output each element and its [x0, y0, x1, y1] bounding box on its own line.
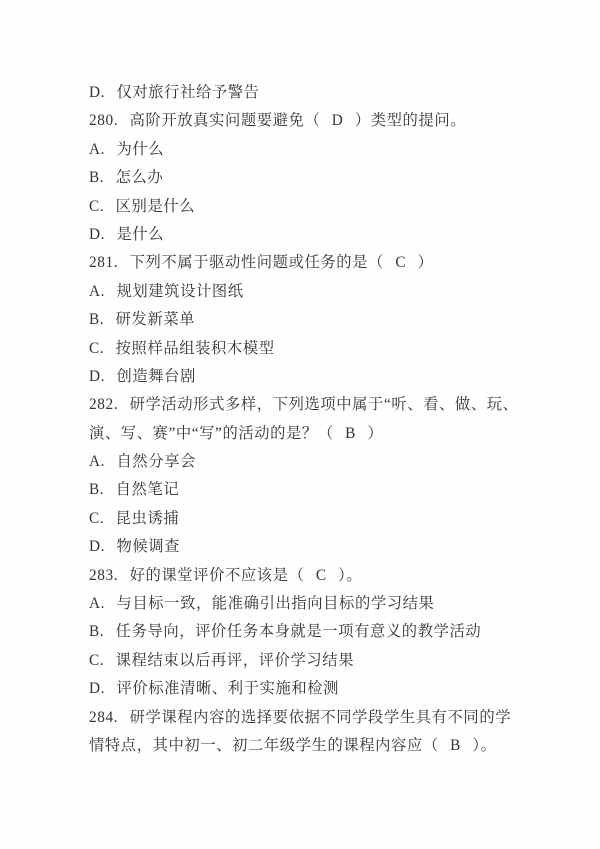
question-280-option-c: C. 区别是什么	[89, 193, 519, 221]
question-281-option-d: D. 创造舞台剧	[89, 363, 519, 391]
question-280-stem: 280. 高阶开放真实问题要避免（ D ）类型的提问。	[89, 107, 519, 135]
question-281-option-b: B. 研发新菜单	[89, 306, 519, 334]
question-284-stem-line-2: 情特点，其中初一、初二年级学生的课程内容应（ B ）。	[89, 732, 519, 760]
question-280-option-a: A. 为什么	[89, 136, 519, 164]
quiz-text-block: D. 仅对旅行社给予警告 280. 高阶开放真实问题要避免（ D ）类型的提问。…	[89, 79, 519, 760]
question-282-stem-line-1: 282. 研学活动形式多样，下列选项中属于“听、看、做、玩、	[89, 391, 519, 419]
question-283-option-d: D. 评价标准清晰、利于实施和检测	[89, 675, 519, 703]
question-282-option-c: C. 昆虫诱捕	[89, 505, 519, 533]
question-283-option-b: B. 任务导向，评价任务本身就是一项有意义的教学活动	[89, 618, 519, 646]
question-282-option-a: A. 自然分享会	[89, 448, 519, 476]
option-279-d: D. 仅对旅行社给予警告	[89, 79, 519, 107]
question-283-option-c: C. 课程结束以后再评，评价学习结果	[89, 647, 519, 675]
document-page: D. 仅对旅行社给予警告 280. 高阶开放真实问题要避免（ D ）类型的提问。…	[0, 0, 600, 849]
question-282-option-d: D. 物候调查	[89, 533, 519, 561]
question-282-stem-line-2: 演、写、赛”中“写”的活动的是？（ B ）	[89, 420, 519, 448]
question-283-stem: 283. 好的课堂评价不应该是（ C ）。	[89, 562, 519, 590]
question-281-option-a: A. 规划建筑设计图纸	[89, 278, 519, 306]
question-281-stem: 281. 下列不属于驱动性问题或任务的是（ C ）	[89, 249, 519, 277]
question-283-option-a: A. 与目标一致，能准确引出指向目标的学习结果	[89, 590, 519, 618]
question-280-option-b: B. 怎么办	[89, 164, 519, 192]
question-280-option-d: D. 是什么	[89, 221, 519, 249]
question-282-option-b: B. 自然笔记	[89, 476, 519, 504]
question-281-option-c: C. 按照样品组装积木模型	[89, 335, 519, 363]
question-284-stem-line-1: 284. 研学课程内容的选择要依据不同学段学生具有不同的学	[89, 704, 519, 732]
